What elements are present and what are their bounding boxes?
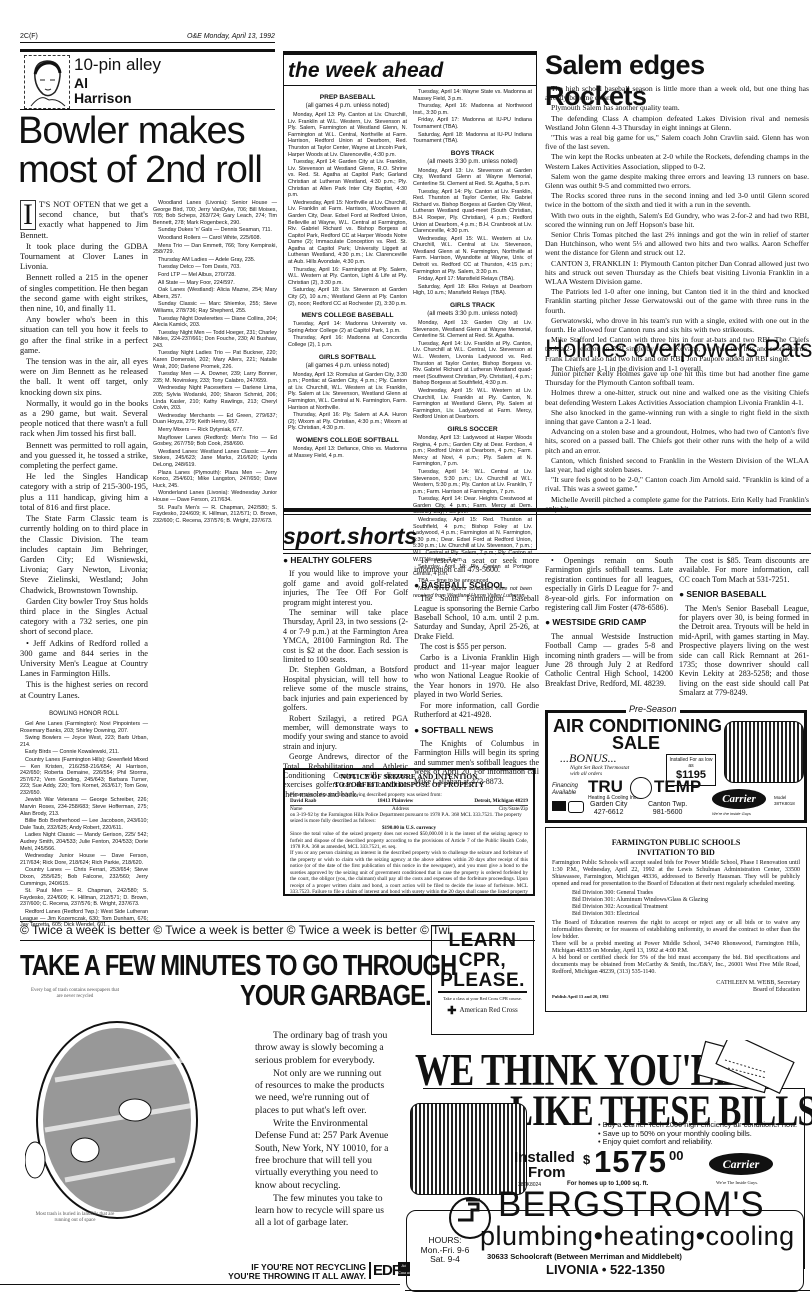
bid-body: A bid bond or certified check for 5% of … <box>552 955 800 976</box>
red-cross-ad[interactable]: LEARN CPR, PLEASE. Take a class at your … <box>431 925 534 1035</box>
schedule-entry: Thursday, April 16: Farmington at Ply. S… <box>288 267 407 287</box>
price-dollar: $ <box>583 1152 590 1167</box>
city-value: Detroit, Michigan 48219 <box>474 798 528 804</box>
hours-saturday: Sat. 9-4 <box>410 1255 480 1265</box>
city-phone: LIVONIA • 522-1350 <box>546 1262 665 1277</box>
week-ahead-right-column: Tuesday, April 14: Wayne State vs. Madon… <box>413 89 532 600</box>
honor-roll-entry: Country Lanes (Farmington Hills): Greenf… <box>20 757 148 797</box>
edf-paragraph: Write the Environmental Defense Fund at:… <box>255 1118 390 1192</box>
section-subheading: (all meets 3:30 p.m. unless noted) <box>413 311 532 317</box>
story-paragraph: She also knocked in the game-winning run… <box>545 408 809 426</box>
honor-roll-entry: Early Birds — Connie Kowalewski, 211. <box>20 749 148 756</box>
model-number: Model 38TK8018 <box>774 795 804 806</box>
column-name: 10-pin alley <box>74 55 161 75</box>
carrier-logo: Carrier <box>712 789 766 809</box>
paper-date: O&E Monday, April 13, 1992 <box>187 33 275 40</box>
bid-body: There will be a prebid meeting at Power … <box>552 941 800 955</box>
honor-roll-entry: Jewish War Veterans — George Schreiber, … <box>20 797 148 817</box>
section-heading: WOMEN'S COLLEGE SOFTBALL <box>288 437 407 444</box>
ad-headline-2: SALE <box>612 734 660 752</box>
honor-roll-entry: Woodland Rollers — Carol White, 225/608. <box>153 235 277 242</box>
sport-shorts-col-2: To reserve a seat or seek more informati… <box>414 556 539 787</box>
location-phone: 981-5600 <box>648 809 687 817</box>
honor-roll-entry: Tuesday Night Dowlerettes — Diane Collin… <box>153 316 277 329</box>
story-paragraph: The Patriots led 1-0 after one inning, b… <box>545 287 809 315</box>
honor-roll-entry: Country Lanes — Chris Ferrari, 253/654; … <box>20 867 148 887</box>
section-heading: BOYS TRACK <box>413 150 532 157</box>
story-paragraph: Garden City bowler Troy Stus holds third… <box>20 597 148 638</box>
item-paragraph: • Openings remain on South Farmington gi… <box>545 556 673 612</box>
schedule-entry: Monday, April 13: Ply. Canton at Liv. Ch… <box>288 112 407 158</box>
bowling-headline-1: Bowler makes <box>18 111 245 151</box>
section-rule <box>283 514 811 515</box>
ac-unit-illustration <box>724 721 804 783</box>
bowling-headline-2: most of 2nd roll <box>18 150 262 190</box>
rc-line-1: LEARN <box>432 931 533 951</box>
bid-body: The Board of Education reserves the righ… <box>552 920 800 941</box>
price-cents: 00 <box>669 1148 683 1163</box>
honor-roll-title: BOWLING HONOR ROLL <box>20 709 148 719</box>
honor-roll-entry: Sunday Dukes 'n' Gals — Dennis Seaman, 7… <box>153 227 277 234</box>
page-number: 2C(F) <box>20 33 38 40</box>
section-heading: PREP BASEBALL <box>288 94 407 101</box>
columnist-portrait <box>24 55 70 109</box>
item-paragraph: The cost is $85. Team discounts are avai… <box>679 556 809 584</box>
financing-label: Financing Available <box>552 783 582 797</box>
installed-label: Installed From <box>514 1150 575 1180</box>
holmes-story: Junior pitcher Kelly Holmes gave up one … <box>545 369 809 514</box>
sport-shorts-col-3: • Openings remain on South Farmington gi… <box>545 556 673 689</box>
carrier-tag: We're the inside Guys <box>712 811 751 816</box>
item-heading: ● SENIOR BASEBALL <box>679 590 809 599</box>
location-phone: 427-6612 <box>590 809 627 817</box>
ad-kicker: Pre-Season <box>626 704 680 714</box>
heading-text: HEALTHY GOLFERS <box>290 555 372 565</box>
edf-logo: EDF <box>369 1262 400 1279</box>
author-first-name: Al <box>74 76 88 91</box>
visa-card-icon <box>552 801 566 811</box>
honor-roll-entry: Mayflower Lanes (Redford): Men's Trio — … <box>153 435 277 448</box>
honor-roll-entry: Wednesday Junior House — Dave Ferson, 21… <box>20 853 148 866</box>
location-garden-city: Garden City427-6612 <box>590 801 627 817</box>
schedule-entry: Tuesday, April 14: Madonna University vs… <box>288 321 407 334</box>
bergstrom-headline-1: WE THINK YOU'LL <box>415 1048 737 1092</box>
story-paragraph: Bennett rolled a 215 in the opener of si… <box>20 273 148 314</box>
author-last-name: Harrison <box>74 91 132 106</box>
holmes-headline: Holmes overpowers Pats <box>545 335 812 364</box>
honor-roll-entry: Wednesday Night Pacesetters — Darlene Li… <box>153 385 277 411</box>
item-paragraph: Carbo is a Livonia Franklin High product… <box>414 653 539 700</box>
item-paragraph: If you would like to improve your golf g… <box>283 569 408 607</box>
honor-roll-left: Gel Ane Lanes (Farmington): Novi Pinpoin… <box>20 721 148 929</box>
honor-roll-entry: Tuesday Night Ladies Trio — Pat Buckner,… <box>153 350 277 370</box>
story-paragraph: The defending Class A champion defeated … <box>545 114 809 132</box>
honor-roll-entry: Sunday Classic — Marc Shiemke, 255; Stev… <box>153 301 277 314</box>
installed-line-1: Installed <box>514 1150 575 1165</box>
address-value: 18413 Plainview <box>377 798 413 804</box>
bid-division: Bid Division 300: General Trades <box>572 890 800 897</box>
week-ahead-title: the week ahead <box>284 55 536 86</box>
bid-publish: Publish April 13 and 20, 1992 <box>552 994 800 1000</box>
honor-roll-entry: Tuesday Night Men — Todd Hoeger, 231; Ch… <box>153 330 277 350</box>
honor-roll-entry: Thursday AM Ladies — Adele Gray, 235. <box>153 257 277 264</box>
item-paragraph: The cost is $55 per person. <box>414 642 539 651</box>
story-paragraph: The high school baseball season is littl… <box>545 84 809 102</box>
rule <box>20 921 535 922</box>
honor-roll-middle: Woodland Lanes (Livonia): Senior House —… <box>153 200 277 895</box>
sport-shorts-col-4: The cost is $85. Team discounts are avai… <box>679 556 809 699</box>
bid-signer: CATHLEEN M. WEBB, Secretary <box>552 980 800 987</box>
honor-roll-entry: Plaza Lanes (Plymouth): Plaza Men — Jerr… <box>153 470 277 490</box>
section-heading: GIRLS SOFTBALL <box>288 354 407 361</box>
honor-roll-entry: Wonderland Lanes (Livonia): Wednesday Ju… <box>153 490 277 503</box>
schedule-entry: Monday, April 13: Defiance, Ohio vs. Mad… <box>288 446 407 459</box>
heading-text: SENIOR BASEBALL <box>686 589 766 599</box>
honor-roll-entry: Swing Bowlers — Joyce West, 223; Barb Ur… <box>20 735 148 748</box>
org-name: American Red Cross <box>459 1006 517 1014</box>
store-hours: HOURS: Mon.-Fri. 9-6 Sat. 9-4 <box>410 1236 480 1265</box>
item-heading: ● WESTSIDE GRID CAMP <box>545 618 673 627</box>
honor-roll-entry: Woodland Lanes (Livonia): Senior House —… <box>153 200 277 226</box>
schedule-entry: Saturday, April 18: Liv. Stevenson at Ga… <box>288 287 407 307</box>
schedule-entry: Wednesday, April 15: W.L. Western at Liv… <box>413 388 532 421</box>
bergstrom-bullets: • Buy a Carrier Tech 2000 high-efficienc… <box>598 1121 797 1147</box>
edf-paragraph: The few minutes you take to learn how to… <box>255 1193 390 1230</box>
schedule-entry: Thursday, April 16: Madonna at Concordia… <box>288 335 407 348</box>
story-paragraph: "It sure feels good to be 2-0," Canton c… <box>545 475 809 493</box>
schedule-entry: Friday, April 17: Mansfield Relays (TBA)… <box>413 276 532 283</box>
story-paragraph: The State Farm Classic team is currently… <box>20 514 148 596</box>
rule <box>283 553 811 554</box>
salem-story: The high school baseball season is littl… <box>545 84 809 374</box>
schedule-entry: Monday, April 13: Ladywood at Harper Woo… <box>413 435 532 468</box>
story-paragraph: Senior Chris Tomas pitched the last 2⅔ i… <box>545 230 809 258</box>
edf-paragraph: The ordinary bag of trash you throw away… <box>255 1030 390 1067</box>
location-city: Garden City <box>590 801 627 809</box>
bid-division: Bid Division 301: Aluminum Windows/Glass… <box>572 897 800 904</box>
seized-from-labels: Name Address City/State/Zip <box>290 805 528 812</box>
ad-bonus-sub: Night Set Back Thermostat with all order… <box>570 765 630 777</box>
story-paragraph: The tension was in the air, all eyes wer… <box>20 357 148 398</box>
story-paragraph: The Rocks scored three runs in the secon… <box>545 191 809 209</box>
bid-division: Bid Division 303: Electrical <box>572 911 800 918</box>
item-paragraph: For more information, call Gordie Ruther… <box>414 701 539 720</box>
story-paragraph: With two outs in the eighth, Salem's Ed … <box>545 211 809 229</box>
seizure-line: on 3-19-92 by the Farmington Hills Polic… <box>290 812 528 825</box>
notice-body-2: If you or any person claiming an interes… <box>290 850 528 896</box>
bid-divisions: Bid Division 300: General Trades Bid Div… <box>552 890 800 918</box>
story-paragraph: Advancing on a stolen base and a groundo… <box>545 427 809 455</box>
story-paragraph: • Jeff Adkins of Redford rolled a 300 ga… <box>20 639 148 680</box>
story-paragraph: This is the highest series on record at … <box>20 680 148 700</box>
garbage-can-illustration-icon <box>25 1010 200 1230</box>
item-paragraph: Robert Szilagyi, a retired PGA member, w… <box>283 714 408 752</box>
schedule-entry: Wednesday, April 15: W.L. Western at Liv… <box>413 236 532 276</box>
item-heading: ● SOFTBALL NEWS <box>414 726 539 735</box>
section-subheading: (all meets 3:30 p.m. unless noted) <box>413 159 532 165</box>
red-cross-icon: ✚ <box>447 1004 456 1017</box>
week-ahead-box: the week ahead PREP BASEBALL (all games … <box>283 51 537 550</box>
mastercard-icon <box>568 801 584 813</box>
bowling-story: I T'S NOT OFTEN that we get a second cha… <box>20 200 148 930</box>
rc-line-2: CPR, <box>432 951 533 971</box>
schedule-entry: Saturday, April 18: Madonna at IU-PU Ind… <box>413 132 532 145</box>
notice-title-2: TO FORFEIT AND DISPOSE OF PROPERTY <box>290 781 528 789</box>
section-subheading: (all games 4 p.m. unless noted) <box>288 363 407 369</box>
schedule-entry: Tuesday, April 14: W.L. Central at Liv. … <box>413 469 532 495</box>
schedule-entry: Saturday, April 18: Elks Relays at Dearb… <box>413 284 532 297</box>
item-paragraph: The annual Westside Instruction Football… <box>545 632 673 688</box>
schedule-entry: Monday, April 13: Romulus at Garden City… <box>288 372 407 412</box>
notice-body-1: Since the total value of the seized prop… <box>290 831 528 850</box>
story-paragraph: Normally, it would go in the books as a … <box>20 399 148 440</box>
edf-paragraph: Not only are we running out of resources… <box>255 1068 390 1117</box>
brand-temp: TEMP <box>654 777 701 797</box>
services: plumbing•heating•cooling <box>480 1222 795 1250</box>
dollar-bills-icon <box>690 1040 810 1100</box>
section-heading: GIRLS SOCCER <box>413 426 532 433</box>
item-paragraph: The South Farmington Baseball League is … <box>414 594 539 641</box>
ac-sale-ad[interactable]: Pre-Season AIR CONDITIONING SALE ...BONU… <box>545 710 807 823</box>
story-paragraph: Canton, which finished second to Frankli… <box>545 456 809 474</box>
name-value: David Raab <box>290 798 316 804</box>
rule <box>405 1290 810 1291</box>
story-paragraph: Holmes threw a one-hitter, struck out ni… <box>545 388 809 406</box>
section-subheading: (all games 4 p.m. unless noted) <box>288 103 407 109</box>
story-paragraph: Gerwatowski, who drove in his team's run… <box>545 316 809 334</box>
bid-notice: FARMINGTON PUBLIC SCHOOLS INVITATION TO … <box>545 827 807 1012</box>
honor-roll-entry: Westland Lanes: Westland Lanes Classic —… <box>153 449 277 469</box>
schedule-entry: Wednesday, April 15: Northville at Liv. … <box>288 200 407 266</box>
edf-body: The ordinary bag of trash you throw away… <box>255 1030 390 1231</box>
story-paragraph: He led the Singles Handicap category wit… <box>20 472 148 513</box>
story-paragraph: It took place during the GDBA Tournament… <box>20 242 148 273</box>
bid-division: Bid Division 302: Acoustical Treatment <box>572 904 800 911</box>
rc-sub: Take a class at your Red Cross CPR cours… <box>442 996 523 1002</box>
location-canton: Canton Twp.981-5600 <box>648 801 687 817</box>
carrier-logo: Carrier <box>709 1153 773 1175</box>
honor-roll-entry: Ladies Night Classic — Mandy Gerison, 22… <box>20 832 148 852</box>
edf-headline-1: TAKE A FEW MINUTES TO GO THROUGH <box>20 950 456 983</box>
story-paragraph: CANTON 3, FRANKLIN 1: Plymouth Canton pi… <box>545 259 809 287</box>
rule <box>0 1284 400 1285</box>
story-paragraph: "This was a real big game for us," Salem… <box>545 133 809 151</box>
schedule-entry: Monday, April 13: Liv. Stevenson at Gard… <box>413 168 532 188</box>
schedule-entry: Friday, April 17: Madonna at IU-PU India… <box>413 117 532 130</box>
schedule-entry: Monday, April 13: Garden City at Liv. St… <box>413 320 532 340</box>
schedule-entry: Tuesday, April 14: Ply. Canton at Liv. F… <box>413 189 532 235</box>
honor-roll-entry: Tuesday Men — A. Downer, 239; Larry Bonn… <box>153 371 277 384</box>
item-heading: ● HEALTHY GOLFERS <box>283 556 408 565</box>
columnist-sketch-icon <box>25 56 69 108</box>
item-paragraph: Dr. Stephen Goldman, a Botsford Hospital… <box>283 665 408 712</box>
sport-shorts-col-1: ● HEALTHY GOLFERS If you would like to i… <box>283 556 408 800</box>
story-paragraph: The win kept the Rocks unbeaten at 2-0 w… <box>545 152 809 170</box>
item-paragraph: The Men's Senior Baseball League, for pl… <box>679 604 809 698</box>
ad-bonus: ...BONUS... <box>560 751 617 766</box>
honor-roll-entry: St. Paul's Men's — R. Chapman, 242/580; … <box>153 505 277 525</box>
price-label: Installed For as low as <box>667 755 715 769</box>
honor-roll-entry: Ford LTP — Mel Albus, 270/728. <box>153 272 277 279</box>
location-city: Canton Twp. <box>648 801 687 809</box>
honor-roll-entry: All State — Mary Foor, 224/597. <box>153 280 277 287</box>
address: 30633 Schoolcraft (Between Merriman and … <box>487 1252 682 1261</box>
bid-intro: Farmington Public Schools will accept se… <box>552 860 800 888</box>
masthead-rule <box>20 42 275 43</box>
schedule-entry: Thursday, April 16: Ply. Salem at A.A. H… <box>288 412 407 432</box>
honor-roll-entry: Billie Bob Brotherhood — Lee Jacobson, 2… <box>20 818 148 831</box>
heading-text: BASEBALL SCHOOL <box>421 580 505 590</box>
illustration-caption-top: Every bag of trash contains newspapers t… <box>30 988 120 1000</box>
bid-title-2: INVITATION TO BID <box>552 848 800 858</box>
section-heading: GIRLS TRACK <box>413 302 532 309</box>
bid-title-1: FARMINGTON PUBLIC SCHOOLS <box>552 838 800 848</box>
story-paragraph: Bennett was permitted to roll again, and… <box>20 441 148 472</box>
honor-roll-entry: Wednesday Merchants — Ed Green, 279/637;… <box>153 413 277 426</box>
edf-tagline: IF YOU'RE NOT RECYCLING YOU'RE THROWING … <box>206 1263 366 1281</box>
story-paragraph: Any bowler who's been in this situation … <box>20 315 148 356</box>
item-paragraph: To reserve a seat or seek more informati… <box>414 556 539 575</box>
item-paragraph: The seminar will take place Thursday, Ap… <box>283 608 408 664</box>
honor-roll-entry: St. Paul Men — R. Chapman, 242/580; S. F… <box>20 888 148 908</box>
item-heading: ● BASEBALL SCHOOL <box>414 581 539 590</box>
tagline-2: YOU'RE THROWING IT ALL AWAY. <box>206 1272 366 1281</box>
bid-signer-title: Board of Education <box>552 987 800 994</box>
carrier-unit-illustration <box>410 1103 527 1195</box>
drop-cap: I <box>20 200 36 230</box>
story-paragraph: Salem won the game despite making three … <box>545 172 809 190</box>
story-paragraph: T'S NOT OFTEN that we get a second chanc… <box>20 200 148 241</box>
schedule-entry: Thursday, April 16: Madonna at Northwood… <box>413 103 532 116</box>
section-rule <box>283 508 811 512</box>
edf-headline-2: YOUR GARBAGE. <box>240 980 431 1013</box>
seizure-notice: NOTICE OF SEIZURE AND INTENTION TO FORFE… <box>283 768 535 896</box>
price-main: 1575 <box>594 1146 667 1178</box>
rc-org: ✚ American Red Cross <box>432 1004 533 1017</box>
schedule-entry: Tuesday, April 14: Liv. Franklin at Ply.… <box>413 341 532 387</box>
honor-roll-entry: Oak Lanes (Westland): Alicia Mazne, 254;… <box>153 287 277 300</box>
brand-tru: TRU <box>588 777 623 797</box>
schedule-entry: Tuesday, April 14: Wayne State vs. Madon… <box>413 89 532 102</box>
story-paragraph: Junior pitcher Kelly Holmes gave up one … <box>545 369 809 387</box>
heading-text: SOFTBALL NEWS <box>421 725 493 735</box>
sport-shorts-title: sport.shorts <box>283 523 417 550</box>
illustration-caption-bottom: Most trash is buried in landfills that a… <box>30 1212 120 1224</box>
installed-line-2: From <box>514 1165 575 1180</box>
honor-roll-entry: Mens Trio — Dan Emmett, 766; Tony Kempin… <box>153 243 277 256</box>
honor-roll-entry: Merry Mixers — Rick Dytyniak, 677. <box>153 427 277 434</box>
section-heading: MEN'S COLLEGE BASEBALL <box>288 312 407 319</box>
story-paragraph: Plymouth Salem has another quality team. <box>545 103 809 112</box>
heading-text: WESTSIDE GRID CAMP <box>552 617 646 627</box>
column-top-rule <box>20 49 275 52</box>
schedule-entry: Tuesday, April 14: Garden City at Liv. F… <box>288 159 407 199</box>
honor-roll-entry: Gel Ane Lanes (Farmington): Novi Pinpoin… <box>20 721 148 734</box>
rc-line-3: PLEASE. <box>438 971 527 993</box>
honor-roll-entry: Tuesday Delco — Tom Davis, 703. <box>153 264 277 271</box>
